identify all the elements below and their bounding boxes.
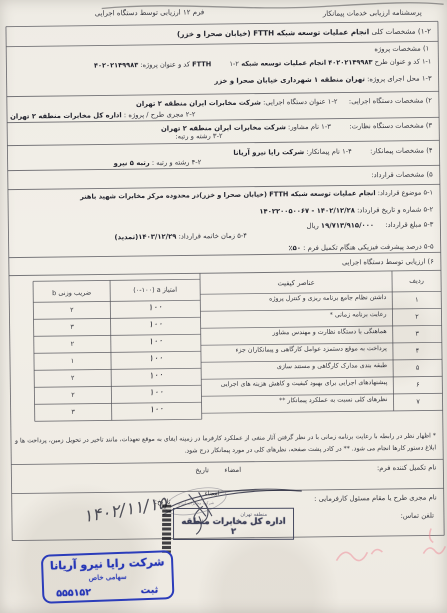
executive-title-label: ۲-۱ عنوان دستگاه اجرایی:: [263, 98, 338, 107]
contract-amount-line: ۵-۳ مبلغ قرارداد: ۱۹/۷۱۳/۹۱۵/۰۰۰ ریال: [306, 220, 433, 230]
row-weight: ۳: [34, 322, 111, 331]
row-number: ۴: [393, 346, 442, 355]
phone-label: تلفن تماس:: [400, 511, 434, 520]
col-header-score-word: امتیاز: [163, 286, 177, 294]
project-code-value: ۴۰۲۰۲۱۴۹۹۸۳: [94, 61, 138, 70]
project-code-label: ۱-۲ کد و عنوان پروژه:: [140, 60, 239, 69]
consultant-label: ۳-۱ نام مشاور:: [288, 123, 331, 132]
contract-progress-line: ۵-۵ درصد پیشرفت فیزیکی هنگام تکمیل فرم :…: [288, 242, 433, 252]
location-label: ۱-۳ محل اجرای پروژه:: [367, 74, 432, 83]
company-stamp: شرکت رایا نیرو آریانا سهامی خاص ثبت ۵۵۵۱…: [41, 550, 175, 604]
pink-handwriting-marks: [336, 528, 445, 560]
plan-title-value: انجام عملیات توسعه شبکه FTTH: [192, 59, 326, 69]
completion-signature-label: امضاء: [224, 466, 241, 475]
row-number: ۲: [392, 312, 441, 321]
row-weight: ۲: [33, 305, 110, 314]
consultant-value: شرکت مخابرات ایران منطقه ۲ تهران: [161, 123, 286, 133]
evaluation-section-title: ۶) ارزیابی توسط دستگاه اجرایی: [342, 257, 434, 267]
contract-subject-label: ۵-۱ موضوع قرارداد:: [378, 188, 433, 197]
row-weight: ۲: [34, 373, 111, 382]
stamp-barcode-strip: [162, 505, 171, 553]
approver-name-label: نام مجری طرح یا مقام مسئول کارفرمایی :: [314, 493, 437, 503]
questionnaire-title: پرسشنامه ارزیابی خدمات پیمانکار: [323, 9, 422, 19]
company-reg-label: ثبت: [140, 585, 158, 597]
row-weight: ۳: [35, 407, 112, 416]
row-number: ۶: [393, 380, 442, 389]
contract-progress-label: ۵-۵ درصد پیشرفت فیزیکی هنگام تکمیل فرم :: [303, 242, 434, 252]
row-number: ۷: [394, 397, 443, 406]
col-header-score-range: (۰-۱۰۰) a: [133, 286, 161, 294]
contract-section-title: ۵) مشخصات قرارداد:: [371, 170, 433, 179]
company-stamp-name: شرکت رایا نیرو آریانا: [43, 555, 171, 573]
contractor-grade-line: ۴-۲ رشته و رتبه : رتبه ۵ نیرو: [114, 158, 202, 168]
contractor-grade-value: رتبه ۵ نیرو: [114, 159, 150, 167]
telecom-office-stamp: منطقه تهران اداره کل مخابرات منطقه ۲: [173, 508, 294, 540]
contract-number-label: ۵-۲ شماره و تاریخ قرارداد:: [357, 205, 433, 214]
executive-agent-label: ۲-۲ مجری طرح / پروژه :: [124, 110, 196, 119]
completion-date-label: تاریخ: [195, 466, 209, 475]
supervision-grade-label: ۳-۲ رشته و رتبه:: [175, 132, 222, 141]
plan-code-value: ۴۰۲۰۲۱۴۹۹۸۳: [328, 58, 372, 67]
executive-section-label: ۲) مشخصات دستگاه اجرایی:: [349, 96, 432, 105]
completer-name-label: نام تکمیل کننده فرم:: [377, 463, 436, 472]
contract-end-line: ۵-۴ زمان خاتمه قرارداد: ۱۴۰۳/۱۲/۲۹(تمدید…: [114, 232, 247, 242]
executive-title-value: شرکت مخابرات ایران منطقه ۲ تهران: [136, 99, 261, 109]
col-header-row-number: ردیف: [392, 276, 441, 285]
contractor-name-label: ۴-۱ نام پیمانکار:: [306, 147, 352, 156]
form-sheet: شرکت مخابرات ایران پرسشنامه ارزیابی خدما…: [0, 0, 447, 613]
row-number: ۵: [393, 363, 442, 372]
scanned-form-page: شرکت مخابرات ایران پرسشنامه ارزیابی خدما…: [0, 0, 447, 613]
contractor-section-label: ۴) مشخصات پیمانکار:: [370, 146, 432, 155]
row-weight: ۲: [34, 339, 111, 348]
form-title: فرم ۱۲ ارزیابی توسط دستگاه اجرایی: [95, 8, 205, 18]
company-reg-number: ۵۵۵۱۵۲: [56, 587, 91, 599]
col-header-score: امتیاز (۰-۱۰۰) a: [110, 285, 200, 294]
contract-end-label: ۵-۴ زمان خاتمه قرارداد:: [179, 232, 247, 241]
executive-agent-value: اداره کل مخابرات منطقه ۲ تهران: [10, 111, 122, 120]
contractor-name-value: شرکت رایا نیرو آریانا: [233, 148, 304, 157]
contract-progress-value: ۵۰٪: [288, 244, 301, 252]
contract-end-value: ۱۴۰۳/۱۲/۲۹(تمدید): [114, 233, 176, 242]
approval-signature-label: امضاء: [205, 490, 220, 498]
row-weight: ۱: [34, 356, 111, 365]
contractor-grade-label: ۴-۲ رشته و رتبه :: [152, 158, 202, 167]
contract-amount-label: ۵-۳ مبلغ قرارداد:: [385, 220, 433, 229]
row-number: ۱: [392, 295, 441, 304]
contract-amount-unit: ریال: [306, 222, 318, 230]
contract-number-value: ۱۴۰۲۲۰۰۵۰۰۶۷ - ۱۴۰۲/۱۲/۲۸: [259, 206, 355, 215]
project-section-title: ۱) مشخصات پروژه: [374, 44, 429, 53]
general-specs-label: ۱-۲) مشخصات کلی: [371, 26, 431, 36]
row-number: ۳: [393, 329, 442, 338]
stamp-office-text: اداره کل مخابرات منطقه ۲: [178, 517, 289, 537]
company-stamp-registration: ثبت ۵۵۵۱۵۲: [56, 585, 158, 600]
location-value: تهران منطقه ۱ شهرداری خیابان صحرا و خزر: [214, 75, 365, 85]
col-header-weight: ضریب وزنی b: [33, 288, 110, 297]
round-stamp-text: شرکت مخابرات ایران: [177, 500, 214, 505]
contract-amount-value: ۱۹/۷۱۳/۹۱۵/۰۰۰: [321, 221, 374, 230]
supervision-section-label: ۳) مشخصات دستگاه نظارت:: [349, 121, 432, 130]
company-stamp-type: سهامی خاص: [44, 571, 172, 584]
row-weight: ۲: [34, 390, 111, 399]
plan-code-label: ۱-۱ کد و عنوان طرح: [375, 57, 432, 66]
